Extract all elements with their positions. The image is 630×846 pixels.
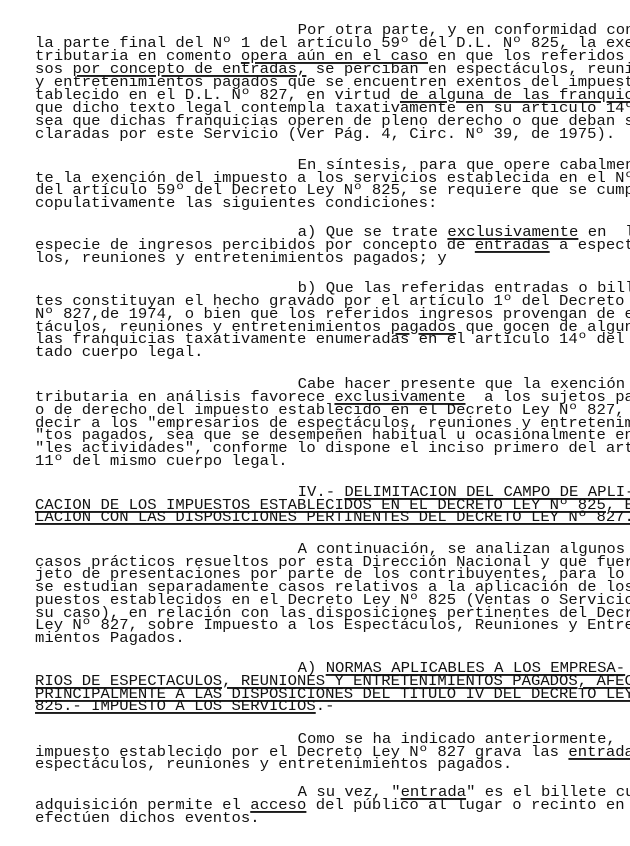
text-segment: 11º del mismo cuerpo legal. bbox=[35, 453, 288, 470]
text-line: 11º del mismo cuerpo legal. bbox=[35, 456, 288, 468]
text-segment: mientos Pagados. bbox=[35, 630, 185, 647]
text-line: espectáculos, reuniones y entretenimient… bbox=[35, 759, 512, 771]
text-line: los, reuniones y entretenimientos pagado… bbox=[35, 253, 447, 265]
text-segment: del público al lugar o recinto en que se bbox=[306, 797, 630, 814]
text-segment: efectúen dichos eventos. bbox=[35, 810, 260, 827]
scanned-document-page: Por otra parte, y en conformidad conla p… bbox=[0, 0, 630, 846]
text-segment: claradas por este Servicio (Ver Pág. 4, … bbox=[35, 126, 615, 143]
text-segment: a espectácu- bbox=[550, 237, 630, 254]
text-segment: tado cuerpo legal. bbox=[35, 344, 203, 361]
text-line: copulativamente las siguientes condicion… bbox=[35, 198, 437, 210]
underlined-text: LACION CON LAS DISPOSICIONES PERTINENTES… bbox=[35, 509, 630, 526]
text-segment: .- bbox=[316, 698, 335, 715]
text-line: LACION CON LAS DISPOSICIONES PERTINENTES… bbox=[35, 512, 630, 524]
text-line: tado cuerpo legal. bbox=[35, 347, 203, 359]
text-segment: espectáculos, reuniones y entretenimient… bbox=[35, 756, 512, 773]
text-line: mientos Pagados. bbox=[35, 633, 185, 645]
text-line: efectúen dichos eventos. bbox=[35, 813, 260, 825]
underlined-text: entradas bbox=[475, 237, 550, 254]
underlined-text: entradas bbox=[568, 744, 630, 761]
text-segment: copulativamente las siguientes condicion… bbox=[35, 195, 437, 212]
text-line: 825.- IMPUESTO A LOS SERVICIOS.- bbox=[35, 701, 334, 713]
text-segment: los, reuniones y entretenimientos pagado… bbox=[35, 250, 447, 267]
text-line: claradas por este Servicio (Ver Pág. 4, … bbox=[35, 129, 615, 141]
underlined-text: 825.- IMPUESTO A LOS SERVICIOS bbox=[35, 698, 316, 715]
